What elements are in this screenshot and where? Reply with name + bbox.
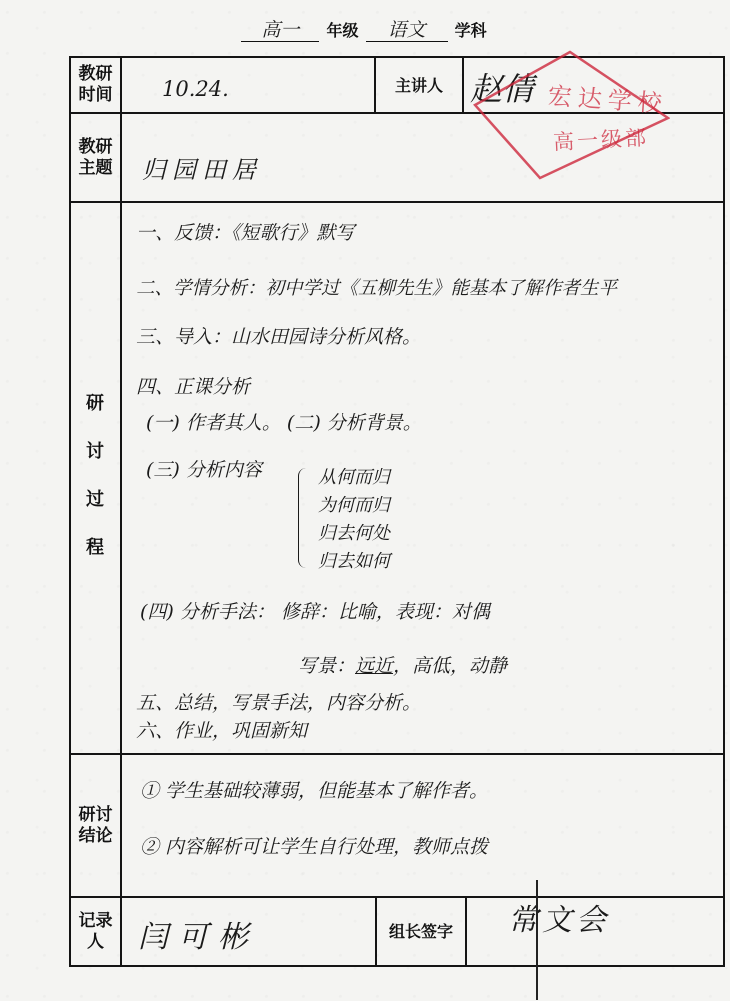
subject-field: 语文 xyxy=(366,19,448,42)
speaker-label: 主讲人 xyxy=(376,58,462,112)
conclusion-label-line2: 结论 xyxy=(79,826,113,847)
time-value: 10.24. xyxy=(162,77,229,101)
process-step-4: 四、正课分析 xyxy=(136,372,250,399)
signature-stroke xyxy=(536,880,538,1000)
row-divider xyxy=(69,201,725,203)
leader-sign-label: 组长签字 xyxy=(377,898,465,965)
time-label-line2: 时间 xyxy=(79,85,113,106)
process-label-char: 讨 xyxy=(86,428,104,476)
grade-field: 高一 xyxy=(241,19,319,42)
stamp-text-dept: 高一级部 xyxy=(552,122,649,157)
process-step-4-sub3: (三) 分析内容 xyxy=(146,455,262,482)
topic-label: 教研主题 xyxy=(71,114,120,201)
topic-label-line1: 教研 xyxy=(79,137,113,158)
time-label-line1: 教研 xyxy=(79,64,113,85)
content-item: 归去如何 xyxy=(318,548,390,576)
recorder-label: 记录人 xyxy=(71,898,120,965)
recorder-label-line2: 人 xyxy=(79,932,113,953)
table-border-bottom xyxy=(69,965,725,967)
process-label-char: 研 xyxy=(86,380,104,428)
process-step-5: 五、总结，写景手法，内容分析。 xyxy=(136,688,421,715)
topic-value: 归园田居 xyxy=(142,150,262,185)
scenery-suffix: ，高低，动静 xyxy=(393,655,507,677)
process-label-char: 过 xyxy=(86,476,104,524)
table-border-right xyxy=(723,56,725,967)
process-label-char: 程 xyxy=(86,524,104,572)
process-step-4-sub4: (四) 分析手法： 修辞：比喻，表现：对偶 xyxy=(140,597,490,624)
label-column-divider xyxy=(120,56,122,967)
speaker-value: 赵倩 xyxy=(470,64,534,110)
conclusion-label: 研讨结论 xyxy=(71,755,120,896)
scenery-underlined: 远近 xyxy=(355,655,393,677)
content-item: 为何而归 xyxy=(318,492,390,520)
row-divider xyxy=(69,753,725,755)
process-label: 研 讨 过 程 xyxy=(70,380,120,572)
conclusion-item-2: ② 内容解析可让学生自行处理，教师点拨 xyxy=(140,832,488,859)
brace-icon xyxy=(298,468,309,568)
content-item: 从何而归 xyxy=(318,464,390,492)
subject-label: 学科 xyxy=(455,21,487,40)
recorder-value: 闫可彬 xyxy=(138,912,258,956)
grade-label: 年级 xyxy=(326,21,358,40)
conclusion-label-line1: 研讨 xyxy=(79,805,113,826)
leader-signature: 常文会 xyxy=(508,895,610,939)
conclusion-item-1: ① 学生基础较薄弱，但能基本了解作者。 xyxy=(140,776,488,803)
process-step-4-sub4-scenery: 写景：远近，高低，动静 xyxy=(298,651,507,678)
process-step-3: 三、导入：山水田园诗分析风格。 xyxy=(136,322,421,349)
form-header: 高一 年级 语文 学科 xyxy=(0,18,730,42)
process-step-1: 一、反馈：《短歌行》默写 xyxy=(136,218,355,245)
content-item: 归去何处 xyxy=(318,520,390,548)
time-label: 教研时间 xyxy=(71,58,120,112)
process-step-2: 二、学情分析：初中学过《五柳先生》能基本了解作者生平 xyxy=(136,274,617,300)
content-analysis-list: 从何而归 为何而归 归去何处 归去如何 xyxy=(318,464,390,576)
process-step-4-sub1-2: (一) 作者其人。 (二) 分析背景。 xyxy=(146,408,422,435)
column-divider xyxy=(465,896,467,967)
recorder-label-line1: 记录 xyxy=(79,911,113,932)
topic-label-line2: 主题 xyxy=(79,158,113,179)
process-step-6: 六、作业，巩固新知 xyxy=(136,716,307,743)
column-divider xyxy=(462,56,464,114)
scenery-prefix: 写景： xyxy=(298,655,355,677)
